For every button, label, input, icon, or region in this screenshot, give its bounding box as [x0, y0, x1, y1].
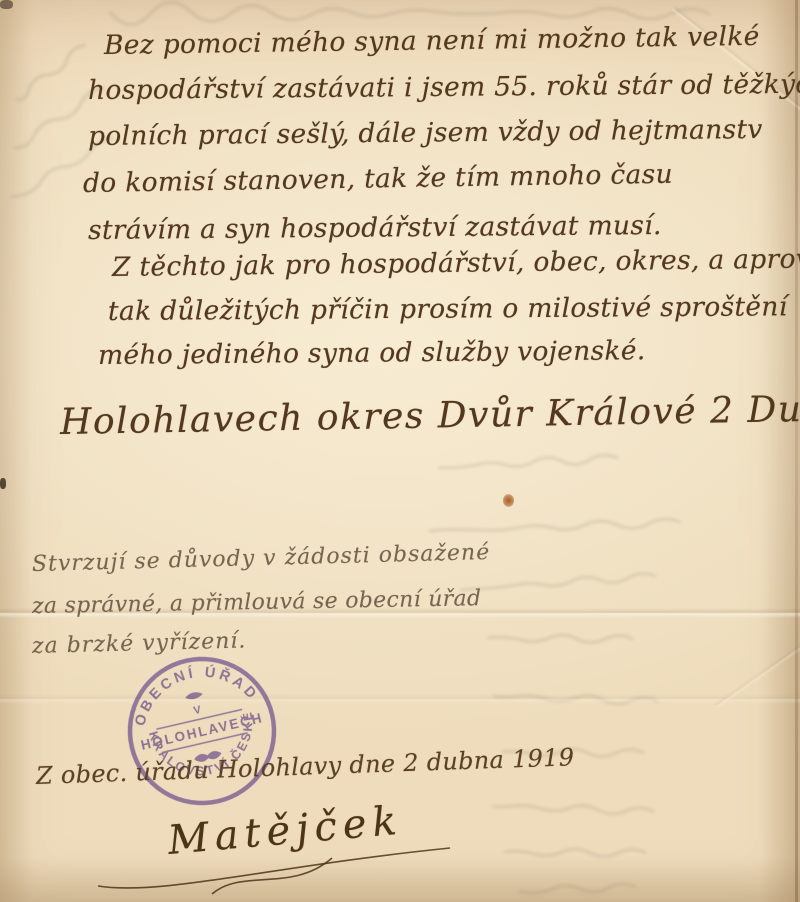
stamp-ornament-icon [184, 690, 203, 700]
show-through-marks [515, 876, 641, 902]
endorsement-line: Stvrzují se důvody v žádosti obsažené [32, 540, 491, 577]
show-through-marks [425, 511, 686, 542]
letter-line: tak důležitých příčin prosím o milostivé… [108, 291, 788, 327]
letter-line: hospodářství zastávati i jsem 55. roků s… [88, 68, 800, 106]
show-through-marks [488, 795, 659, 823]
dateline: Holohlavech okres Dvůr Králové 2 Dubna 1… [60, 386, 800, 443]
office-line: Z obec. úřadu Holohlavy dne 2 dubna 1919 [36, 743, 575, 790]
municipal-rubber-stamp: OBECNÍ ÚŘAD KRÁLOVSTVÍ ČESKÉ V HOLOHLAVE… [99, 628, 305, 834]
show-through-marks [432, 447, 623, 479]
paper-speck [0, 0, 13, 9]
letter-line: do komisí stanoven, tak že tím mnoho čas… [83, 159, 673, 199]
show-through-marks [482, 628, 637, 650]
letter-line: strávím a syn hospodářství zastávat musí… [88, 210, 662, 246]
scan-edge [795, 0, 798, 902]
paper-speck [0, 478, 6, 489]
letter-line: polních prací sešlý, dále jsem vždy od h… [88, 114, 763, 152]
ink-stain [503, 494, 514, 507]
show-through-marks [454, 565, 660, 601]
letter-line: Bez pomoci mého syna není mi možno tak v… [104, 21, 760, 61]
scanned-letter-page: Bez pomoci mého syna není mi možno tak v… [0, 0, 800, 902]
letter-line: Z těchto jak pro hospodářství, obec, okr… [112, 243, 800, 283]
signature-flourish [92, 838, 462, 898]
stamp-v-text: V [192, 704, 202, 717]
letter-line: mého jediného syna od služby vojenské. [98, 335, 646, 371]
show-through-marks [500, 842, 650, 864]
